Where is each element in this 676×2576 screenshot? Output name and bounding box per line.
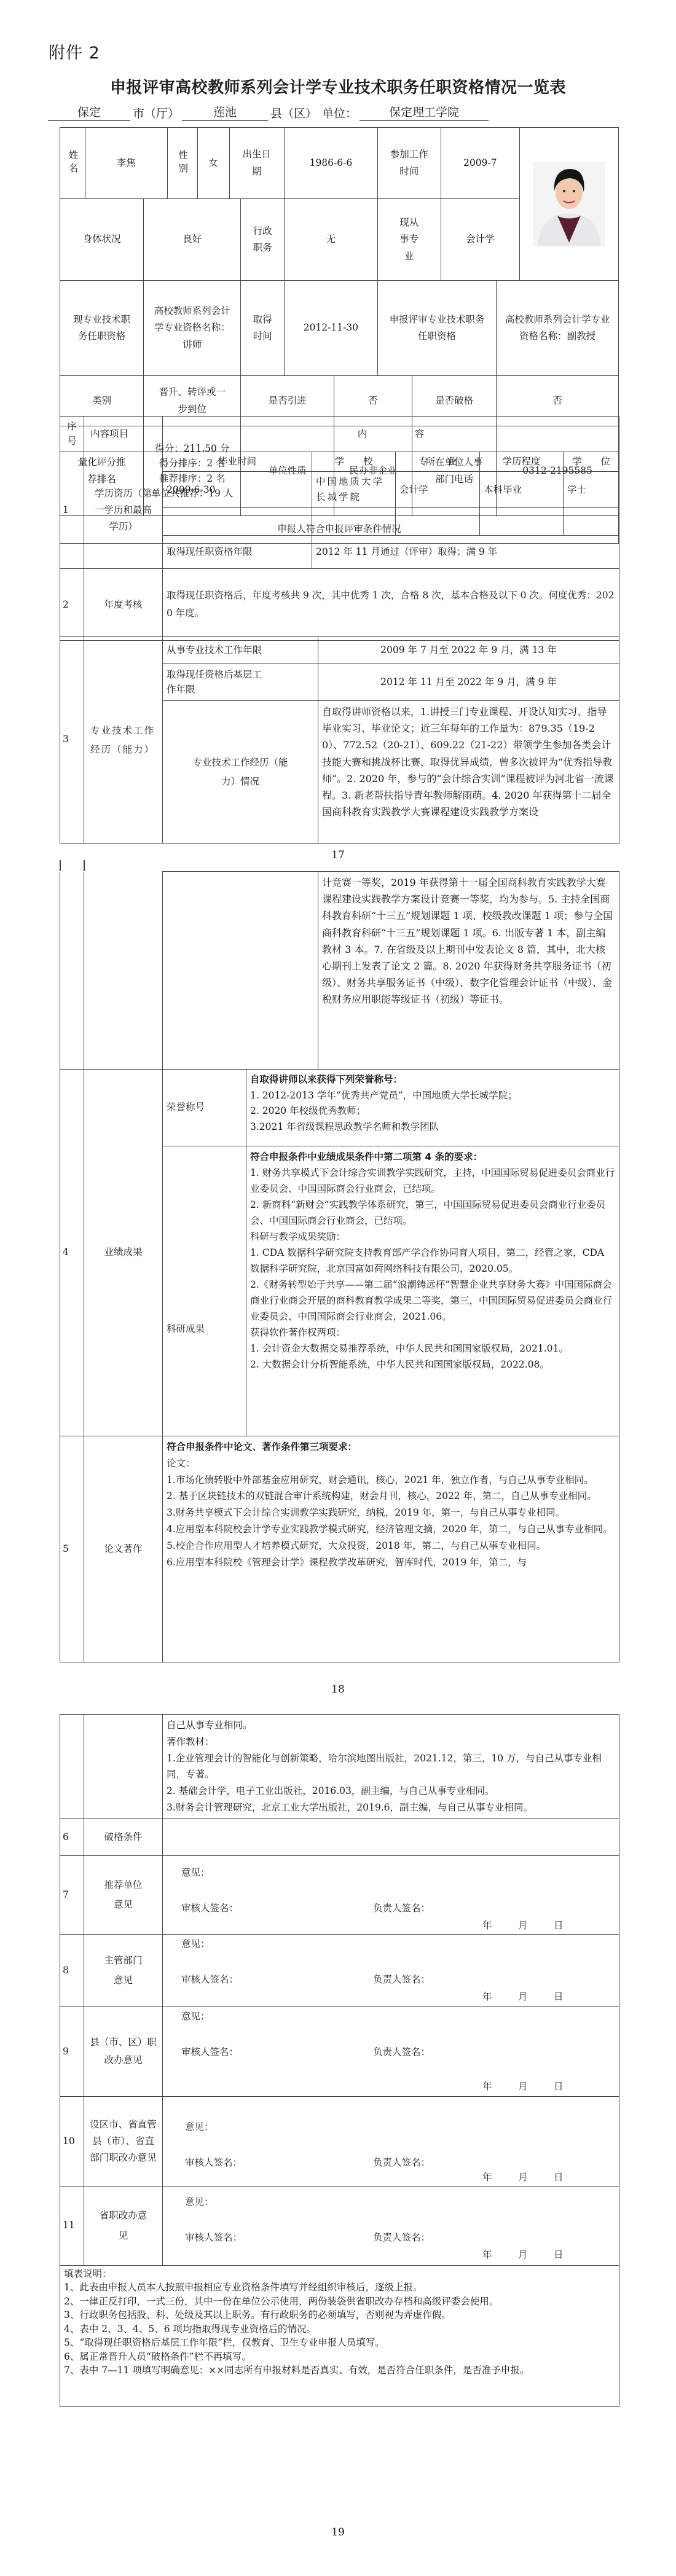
book-line: 3.财务会计管理研究，北京工业大学出版社，2019.6，副主编，与自己从事专业相… <box>167 1799 615 1816</box>
research-line: 2.《财务转型始于共享——第二届“浪潮铸远杯”智慧企业共享财务大赛》中国国际商会… <box>250 1277 615 1325</box>
filling-instructions: 填表说明： 1、此表由申报人员本人按照申报相应专业资格条件填写并经组织审核后，逐… <box>60 2265 619 2406</box>
gender-label: 性别 <box>167 128 197 199</box>
obtain-time-label: 取得时间 <box>241 281 285 376</box>
county-value: 莲池 <box>182 103 268 121</box>
experience-text-part2: 计竞赛一等奖，2019 年获得第十一届全国商科教育实践教学大赛课程建设实践教学方… <box>318 872 619 1070</box>
opinion-label: 意见： <box>185 2194 214 2210</box>
item-4-label: 业绩成果 <box>84 1070 163 1436</box>
leader-signature-label: 负责人签名： <box>373 1900 430 1917</box>
item-10-label: 设区市、省直管县（市）、省直部门职改办意见 <box>84 2096 163 2186</box>
applicant-photo <box>522 162 616 246</box>
signature-date: 年月日 <box>482 2247 589 2263</box>
edu-header-grad-time: 毕业时间 <box>163 452 312 472</box>
experience-text-part1: 自取得讲师资格以来，1.讲授三门专业课程、开设认知实习、指导毕业实习、毕业论文；… <box>318 701 619 844</box>
honor-heading: 自取得讲师以来获得下列荣誉称号： <box>250 1072 615 1088</box>
edu-row-2-school <box>312 508 396 536</box>
edu-header-degree: 学 位 <box>564 452 619 472</box>
paper-line: 3.财务共享模式下会计综合实训教学实践研究，纳税，2019 年，第一，与自己从事… <box>167 1505 615 1521</box>
qual-years-value: 2012 年 11 月通过（评审）取得；满 9 年 <box>312 536 619 569</box>
name-value: 李焦 <box>85 128 167 199</box>
research-heading: 符合申报条件中业绩成果条件中第二项第 4 条的要求： <box>250 1149 615 1165</box>
leader-signature-label: 负责人签名： <box>373 2155 430 2171</box>
papers-table-page2: 5 论文著作 符合申报条件中论文、著作条件第三项要求： 论文： 1.市场化债转股… <box>60 1436 619 1662</box>
photo-cell <box>519 128 618 281</box>
papers-table-page3: 自己从事专业相同。 著作教材： 1.企业管理会计的智能化与创新策略，哈尔滨地图出… <box>60 1714 619 2407</box>
research-content: 符合申报条件中业绩成果条件中第二项第 4 条的要求： 1. 财务共享模式下会计综… <box>246 1146 619 1436</box>
research-line: 1. CDA 数据科学研究院支持教育部产学合作协同育人项目，第二，经管之家，CD… <box>250 1245 615 1277</box>
honor-label: 荣誉称号 <box>163 1070 246 1146</box>
item-8-label: 主管部门意见 <box>84 1934 163 2006</box>
opinion-cell-8[interactable]: 意见： 审核人签名： 负责人签名： 年月日 <box>163 1934 619 2006</box>
current-major-label: 现从事专业 <box>377 199 441 281</box>
item-10-seq: 10 <box>60 2096 84 2186</box>
work-years-value: 2009 年 7 月至 2022 年 9 月，满 13 年 <box>318 637 619 664</box>
honor-content: 自取得讲师以来获得下列荣誉称号： 1. 2012-2013 学年“优秀共产党员”… <box>246 1070 619 1146</box>
unit-value: 保定理工学院 <box>360 103 489 121</box>
name-label: 姓名 <box>60 128 85 199</box>
item-5-label: 论文著作 <box>84 1436 163 1662</box>
edu-row-1-grad-time: 2009-6-30 <box>163 472 312 508</box>
reviewer-signature-label: 审核人签名： <box>181 1971 238 1988</box>
honor-line: 2. 2020 年校级优秀教师； <box>250 1103 615 1119</box>
item-9-seq: 9 <box>60 2006 84 2096</box>
papers-content-part1: 符合申报条件中论文、著作条件第三项要求： 论文： 1.市场化债转股中外部基金应用… <box>163 1436 619 1662</box>
gender-value: 女 <box>197 128 229 199</box>
item-7-seq: 7 <box>60 1855 84 1934</box>
item-2-seq: 2 <box>60 569 84 641</box>
conditions-table-page1: 序号 内容项目 内 容 1 学历资历（第一学历和最高学历） 毕业时间 学 校 专… <box>60 416 619 641</box>
item-11-label: 省职改办意 见 <box>84 2186 163 2265</box>
research-line: 1. 会计资金大数据交易推荐系统，中华人民共和国国家版权局，2021.01。 <box>250 1341 615 1357</box>
item-5-seq-continued <box>60 1715 84 1819</box>
paper-line: 4.应用型本科院校会计学专业实践教学模式研究，经济管理文摘，2020 年，第二，… <box>167 1521 615 1538</box>
obtain-time-value: 2012-11-30 <box>285 281 378 376</box>
honor-line: 1. 2012-2013 学年“优秀共产党员”，中国地质大学长城学院； <box>250 1088 615 1104</box>
item-3-seq: 3 <box>60 637 84 844</box>
signature-date: 年月日 <box>482 2078 589 2095</box>
paper-line-continued: 自己从事专业相同。 <box>167 1717 615 1734</box>
item-1-label: 学历资历（第一学历和最高学历） <box>84 452 163 569</box>
edu-row-2-level <box>480 508 564 536</box>
papers-label: 论文： <box>167 1455 615 1472</box>
item-7-label: 推荐单位意见 <box>84 1855 163 1934</box>
city-label: 市（厅） <box>130 104 182 121</box>
edu-row-1-school: 中国地质大学长城学院 <box>312 472 396 508</box>
item-header: 内容项目 <box>84 417 163 452</box>
edu-row-1-major: 会计学 <box>396 472 480 508</box>
edu-row-1-level: 本科毕业 <box>480 472 564 508</box>
opinion-label: 意见： <box>185 2119 214 2136</box>
instruction-line: 4、表中 2、3、4、5、6 项均指取得现专业资格后的情况。 <box>64 2322 615 2336</box>
edu-row-2-grad-time <box>163 508 312 536</box>
content-header: 内 容 <box>163 417 619 452</box>
work-experience-table-page2: 计竞赛一等奖，2019 年获得第十一届全国商科教育实践教学大赛课程建设实践教学方… <box>60 871 619 1070</box>
seq-header: 序号 <box>60 417 84 452</box>
opinion-label: 意见： <box>181 2008 210 2025</box>
page-number-19: 19 <box>0 2526 676 2539</box>
current-qual-value: 高校教师系列会计学专业资格名称：讲师 <box>144 281 241 376</box>
instruction-line: 5、“取得现任职资格后基层工作年限”栏，仅教育、卫生专业申报人员填写。 <box>64 2336 615 2349</box>
instruction-line: 6、属正常晋升人员“破格条件”栏不再填写。 <box>64 2350 615 2363</box>
work-experience-table-page1: 3 专业技术工作经历（能力） 从事专业技术工作年限 2009 年 7 月至 20… <box>60 636 619 844</box>
item-3-label-continued <box>84 872 163 1070</box>
admin-post-value: 无 <box>285 199 378 281</box>
current-major-value: 会计学 <box>441 199 519 281</box>
person-photo-icon <box>533 162 605 246</box>
edu-header-level: 学历程度 <box>480 452 564 472</box>
edu-row-2-degree <box>564 508 619 536</box>
signature-date: 年月日 <box>482 2169 589 2186</box>
instruction-line: 7、表中 7—11 项填写明确意见：××同志所有申报材料是否真实、有效，是否符合… <box>64 2363 615 2377</box>
instruction-line: 1、此表由申报人员本人按照申报相应专业资格条件填写并经组织审核后，逐级上报。 <box>64 2280 615 2294</box>
birth-label: 出生日期 <box>229 128 284 199</box>
admin-post-label: 行政职务 <box>241 199 285 281</box>
item-3-label: 专业技术工作经历（能力） <box>84 637 163 844</box>
qual-years-label: 取得现任职资格年限 <box>163 536 312 569</box>
item-11-seq: 11 <box>60 2186 84 2265</box>
opinion-label: 意见： <box>181 1865 210 1881</box>
current-qual-label: 现专业技术职务任职资格 <box>60 281 144 376</box>
birth-value: 1986-6-6 <box>285 128 378 199</box>
exceptional-conditions-value[interactable] <box>163 1818 619 1855</box>
opinion-cell-9[interactable]: 意见： 审核人签名： 负责人签名： 年月日 <box>163 2006 619 2096</box>
work-start-label: 参加工作时间 <box>377 128 441 199</box>
book-line: 2. 基础会计学，电子工业出版社，2016.03，副主编，与自己从事专业相同。 <box>167 1783 615 1799</box>
item-1-seq: 1 <box>60 452 84 569</box>
research-label: 科研成果 <box>163 1146 246 1436</box>
signature-date: 年月日 <box>482 1989 589 2005</box>
grassroots-label: 取得现任资格后基层工作年限 <box>163 664 318 701</box>
leader-signature-label: 负责人签名： <box>373 1971 430 1988</box>
experience-label-continued <box>163 872 318 1070</box>
item-2-label: 年度考核 <box>84 569 163 641</box>
paper-line: 6.应用型本科院校《管理会计学》课程教学改革研究，智库时代，2019 年，第二，… <box>167 1554 615 1571</box>
apply-qual-value: 高校教师系列会计学专业资格名称：副教授 <box>497 281 619 376</box>
item-5-seq: 5 <box>60 1436 84 1662</box>
edu-header-school: 学 校 <box>312 452 396 472</box>
achievements-table: 4 业绩成果 荣誉称号 自取得讲师以来获得下列荣誉称号： 1. 2012-201… <box>60 1069 619 1436</box>
honor-line: 3.2021 年省级课程思政教学名师和教学团队 <box>250 1119 615 1135</box>
reviewer-signature-label: 审核人签名： <box>181 1900 238 1917</box>
county-label: 县（区） <box>268 104 320 121</box>
leader-signature-label: 负责人签名： <box>373 2230 430 2246</box>
unit-label: 单位： <box>320 104 360 121</box>
research-line: 2. 新商科“新财会”实践教学体系研究，第三，中国国际贸易促进委员会商业行业委员… <box>250 1197 615 1229</box>
continuation-border <box>60 860 61 871</box>
instruction-line: 3、行政职务包括股、科、处级及其以上职务。有行政职务的必须填写，否则视为弄虚作假… <box>64 2308 615 2322</box>
edu-header-major: 专 业 <box>396 452 480 472</box>
item-5-label-continued <box>84 1715 163 1819</box>
leader-signature-label: 负责人签名： <box>373 2044 430 2061</box>
city-value: 保定 <box>48 103 130 121</box>
paper-line: 1.市场化债转股中外部基金应用研究，财会通讯，核心，2021 年，独立作者，与自… <box>167 1472 615 1489</box>
reviewer-signature-label: 审核人签名： <box>181 2044 238 2061</box>
instructions-title: 填表说明： <box>64 2267 615 2280</box>
opinion-cell-10[interactable]: 意见： 审核人签名： 负责人签名： 年月日 <box>163 2096 619 2186</box>
attachment-label: 附件 2 <box>49 39 100 63</box>
paper-line: 2. 基于区块链技术的双链混合审计系统构建，财会月刊，核心，2022 年，第二，… <box>167 1488 615 1505</box>
continuation-border <box>84 860 85 871</box>
grassroots-value: 2012 年 11 月至 2022 年 9 月，满 9 年 <box>318 664 619 701</box>
instruction-line: 2、一律正反打印，一式三份，其中一份在单位公示使用，两份装袋供省职改办存档和高级… <box>64 2295 615 2308</box>
document-title: 申报评审高校教师系列会计学专业技术职务任职资格情况一览表 <box>0 75 676 98</box>
research-line: 1. 财务共享模式下会计综合实训教学实践研究，主持，中国国际贸易促进委员会商业行… <box>250 1165 615 1197</box>
location-line: 保定 市（厅） 莲池 县（区） 单位： 保定理工学院 <box>48 103 489 121</box>
signature-date: 年月日 <box>482 1917 589 1934</box>
health-value: 良好 <box>144 199 241 281</box>
experience-label: 专业技术工作经历（能力）情况 <box>163 701 318 844</box>
item-9-label: 县（市、区）职改办意见 <box>84 2006 163 2096</box>
paper-line: 5.校企合作应用型人才培养模式研究，大众投资，2018 年，第二，与自己从事专业… <box>167 1538 615 1554</box>
reviewer-signature-label: 审核人签名： <box>185 2230 242 2246</box>
item-6-seq: 6 <box>60 1818 84 1855</box>
opinion-label: 意见： <box>181 1936 210 1952</box>
book-line: 1.企业管理会计的智能化与创新策略，哈尔滨地图出版社，2021.12，第三，10… <box>167 1750 615 1783</box>
reviewer-signature-label: 审核人签名： <box>185 2155 242 2171</box>
page-number-18: 18 <box>0 1683 676 1696</box>
apply-qual-label: 申报评审专业技术职务任职资格 <box>377 281 496 376</box>
opinion-cell-7[interactable]: 意见： 审核人签名： 负责人签名： 年月日 <box>163 1855 619 1934</box>
edu-row-1-degree: 学士 <box>564 472 619 508</box>
research-line: 科研与教学成果奖励： <box>250 1229 615 1245</box>
item-6-label: 破格条件 <box>84 1818 163 1855</box>
research-line: 2. 大数据会计分析智能系统，中华人民共和国国家版权局，2022.08。 <box>250 1357 615 1372</box>
work-years-label: 从事专业技术工作年限 <box>163 637 318 664</box>
papers-heading: 符合申报条件中论文、著作条件第三项要求： <box>167 1439 615 1455</box>
papers-content-part2: 自己从事专业相同。 著作教材： 1.企业管理会计的智能化与创新策略，哈尔滨地图出… <box>163 1715 619 1819</box>
edu-row-2-major <box>396 508 480 536</box>
item-8-seq: 8 <box>60 1934 84 2006</box>
health-label: 身体状况 <box>60 199 144 281</box>
item-3-seq-continued <box>60 872 84 1070</box>
page-number-17: 17 <box>0 849 676 861</box>
annual-review-text: 取得现任职资格后，年度考核共 9 次，其中优秀 1 次，合格 8 次，基本合格及… <box>163 569 619 641</box>
opinion-cell-11[interactable]: 意见： 审核人签名： 负责人签名： 年月日 <box>163 2186 619 2265</box>
research-line: 获得软件著作权两项： <box>250 1325 615 1341</box>
books-label: 著作教材： <box>167 1734 615 1750</box>
work-start-value: 2009-7 <box>441 128 519 199</box>
item-4-seq: 4 <box>60 1070 84 1436</box>
